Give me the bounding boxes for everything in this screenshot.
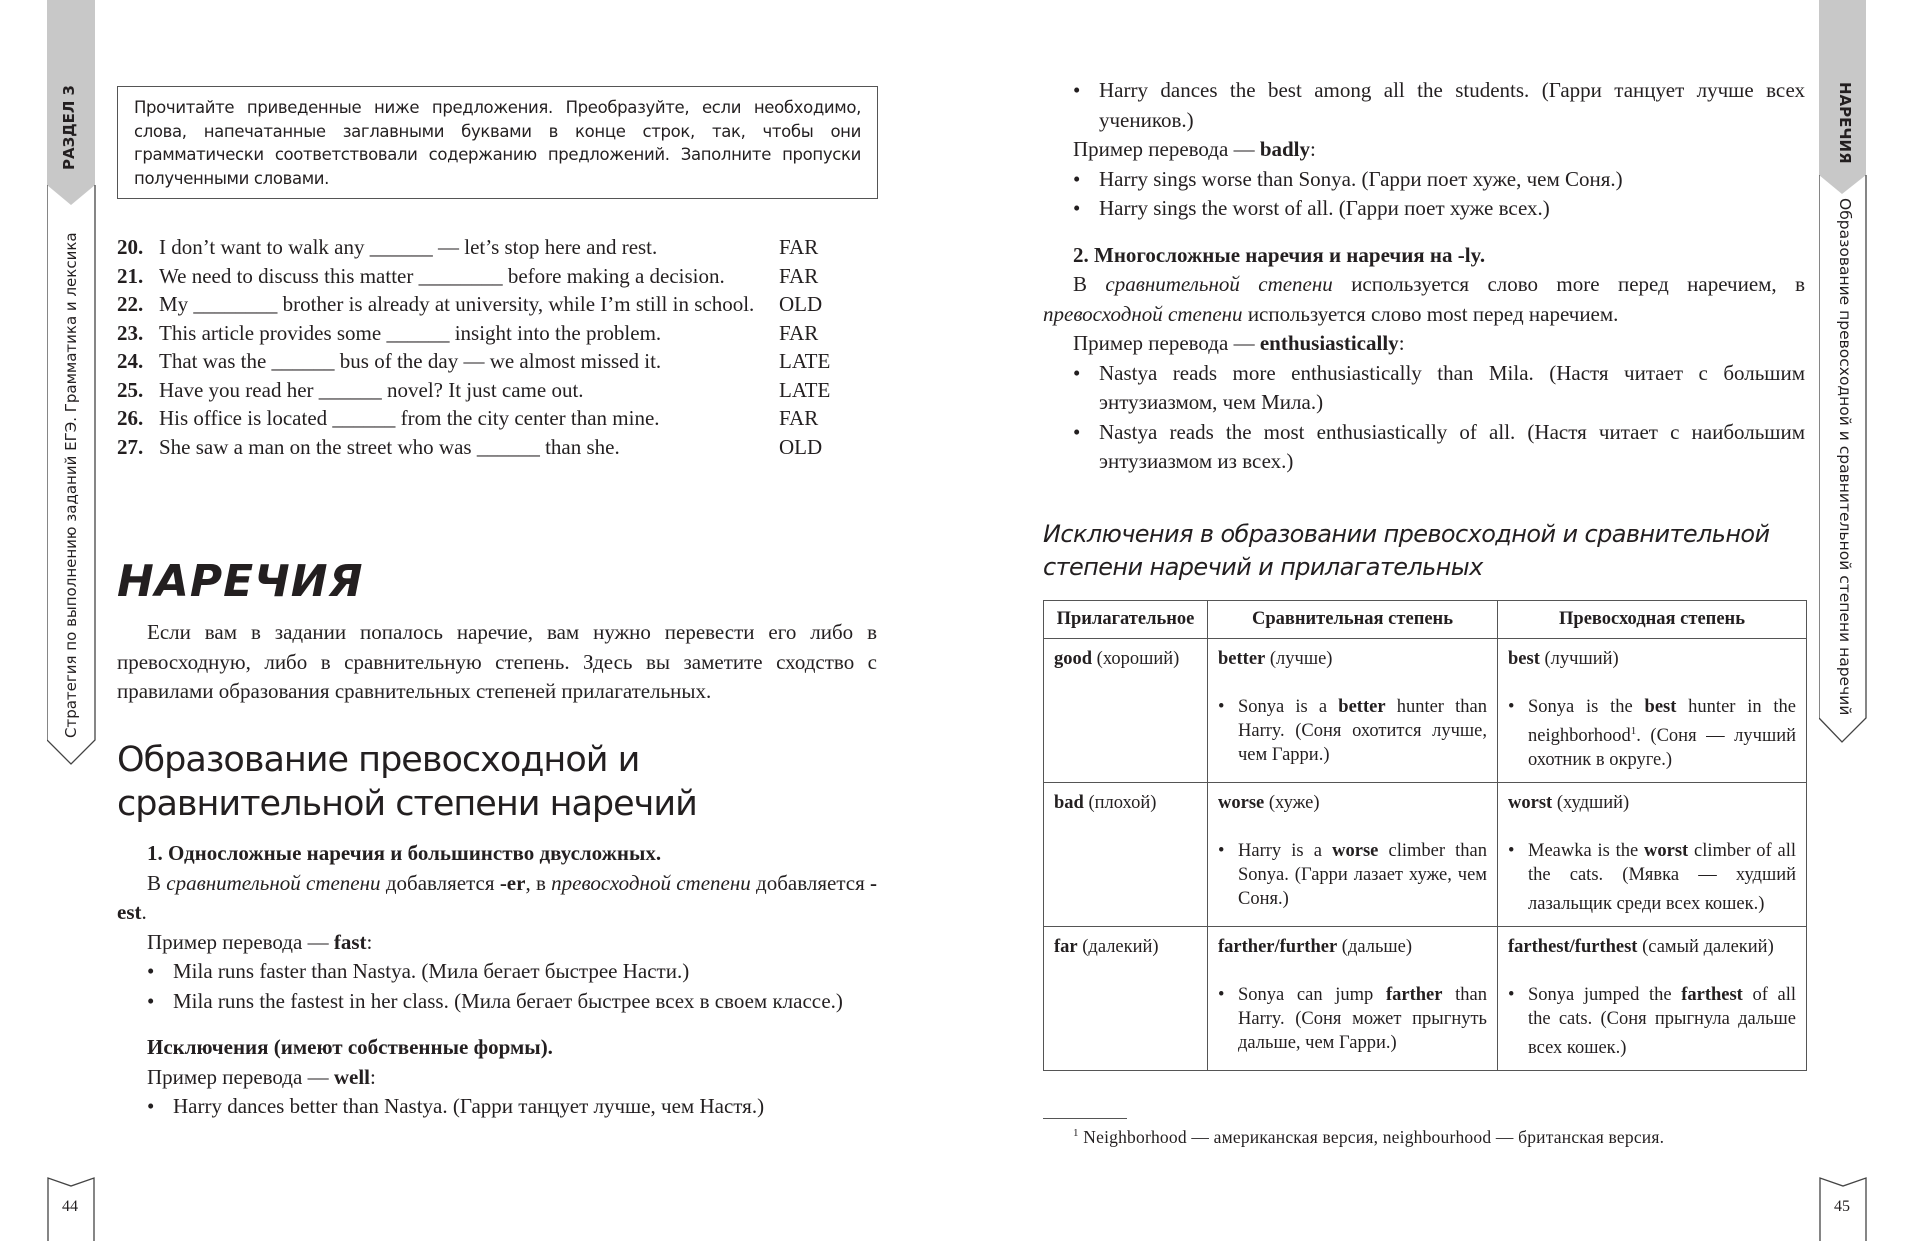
- badly-example-label: Пример перевода — badly:: [1043, 135, 1805, 165]
- right-column-top: •Harry dances the best among all the stu…: [1043, 76, 1805, 477]
- bullet-icon: •: [1073, 359, 1099, 418]
- exercise-number: 27.: [117, 433, 159, 462]
- rule-1-text: В сравнительной степени добавляется -er,…: [117, 869, 877, 928]
- exercise-number: 23.: [117, 319, 159, 348]
- bullet-icon: •: [1073, 165, 1099, 195]
- column-header: Сравнительная степень: [1208, 601, 1498, 639]
- exercise-number: 22.: [117, 290, 159, 319]
- continued-examples: •Harry dances the best among all the stu…: [1043, 76, 1805, 135]
- exercise-number: 21.: [117, 262, 159, 291]
- exceptions-examples: •Harry dances better than Nastya. (Гарри…: [117, 1092, 877, 1122]
- bullet-icon: •: [1073, 194, 1099, 224]
- list-item: •Harry dances the best among all the stu…: [1043, 76, 1805, 135]
- exercise-item: 21. We need to discuss this matter _____…: [117, 262, 877, 291]
- exercise-sentence: Have you read her ______ novel? It just …: [159, 376, 779, 405]
- table-row: good (хороший) better (лучше) •Sonya is …: [1044, 639, 1807, 783]
- bullet-icon: •: [1218, 839, 1238, 911]
- subsection-heading: Образование превосходной и сравнительной…: [117, 738, 877, 826]
- exercise-key-word: FAR: [779, 262, 818, 291]
- exercise-number: 26.: [117, 404, 159, 433]
- exercise-sentence: His office is located ______ from the ci…: [159, 404, 779, 433]
- section-label: РАЗДЕЛ 3: [60, 85, 78, 170]
- bullet-icon: •: [1508, 839, 1528, 916]
- list-item: •Harry dances better than Nastya. (Гарри…: [117, 1092, 877, 1122]
- rule-2-examples: •Nastya reads more enthusiastically than…: [1043, 359, 1805, 477]
- exercise-key-word: FAR: [779, 404, 818, 433]
- exercise-sentence: I don’t want to walk any ______ — let’s …: [159, 233, 779, 262]
- exercise-item: 23. This article provides some ______ in…: [117, 319, 877, 348]
- bullet-icon: •: [1508, 695, 1528, 772]
- bullet-icon: •: [1508, 983, 1528, 1060]
- exercise-sentence: This article provides some ______ insigh…: [159, 319, 779, 348]
- page-number-tab-left: 44: [47, 1176, 97, 1241]
- column-header: Превосходная степень: [1498, 601, 1807, 639]
- bullet-icon: •: [1218, 695, 1238, 767]
- exercise-item: 27. She saw a man on the street who was …: [117, 433, 877, 462]
- exercise-list: 20. I don’t want to walk any ______ — le…: [117, 233, 877, 461]
- exercise-item: 24. That was the ______ bus of the day —…: [117, 347, 877, 376]
- instructions-box: Прочитайте приведенные ниже предложения.…: [117, 86, 878, 199]
- rule-1-example-label: Пример перевода — fast:: [117, 928, 877, 958]
- bullet-icon: •: [1073, 418, 1099, 477]
- rule-1-block: 1. Односложные наречия и большинство дву…: [117, 839, 877, 1122]
- bullet-icon: •: [147, 1092, 173, 1122]
- list-item: •Mila runs faster than Nastya. (Мила бег…: [117, 957, 877, 987]
- rule-1-title: 1. Односложные наречия и большинство дву…: [117, 839, 877, 869]
- rule-1-examples: •Mila runs faster than Nastya. (Мила бег…: [117, 957, 877, 1016]
- exercise-sentence: My ________ brother is already at univer…: [159, 290, 779, 319]
- exceptions-title: Исключения (имеют собственные формы).: [117, 1033, 877, 1063]
- bullet-icon: •: [1073, 76, 1099, 135]
- bullet-icon: •: [147, 957, 173, 987]
- exercise-item: 25. Have you read her ______ novel? It j…: [117, 376, 877, 405]
- intro-paragraph: Если вам в задании попалось наречие, вам…: [117, 618, 877, 707]
- instructions-text: Прочитайте приведенные ниже предложения.…: [134, 98, 861, 188]
- exercise-number: 24.: [117, 347, 159, 376]
- table-row: bad (плохой) worse (хуже) •Harry is a wo…: [1044, 783, 1807, 927]
- superlative-cell: best (лучший) •Sonya is the best hunter …: [1498, 639, 1807, 783]
- adjective-cell: bad (плохой): [1044, 783, 1208, 927]
- chapter-label: Образование превосходной и сравнительной…: [1836, 198, 1854, 715]
- bullet-icon: •: [147, 987, 173, 1017]
- exercise-key-word: OLD: [779, 433, 822, 462]
- rule-2-text: В сравнительной степени используется сло…: [1043, 270, 1805, 329]
- list-item: •Mila runs the fastest in her class. (Ми…: [117, 987, 877, 1017]
- section-label: НАРЕЧИЯ: [1836, 82, 1854, 164]
- table-header-row: Прилагательное Сравнительная степень Пре…: [1044, 601, 1807, 639]
- section-heading: НАРЕЧИЯ: [117, 556, 363, 607]
- page-number-tab-right: 45: [1819, 1176, 1869, 1241]
- badly-examples: •Harry sings worse than Sonya. (Гарри по…: [1043, 165, 1805, 224]
- exercise-key-word: LATE: [779, 347, 830, 376]
- adjective-cell: far (далекий): [1044, 927, 1208, 1071]
- footnote-divider: [1043, 1118, 1127, 1119]
- list-item: •Harry sings the worst of all. (Гарри по…: [1043, 194, 1805, 224]
- rule-2-title: 2. Многосложные наречия и наречия на -ly…: [1043, 241, 1805, 271]
- exceptions-example-label: Пример перевода — well:: [117, 1063, 877, 1093]
- exercise-key-word: LATE: [779, 376, 830, 405]
- comparative-cell: farther/further (дальше) •Sonya can jump…: [1208, 927, 1498, 1071]
- footnote: 1 Neighborhood — американская версия, ne…: [1073, 1127, 1664, 1148]
- comparative-cell: worse (хуже) •Harry is a worse climber t…: [1208, 783, 1498, 927]
- exercise-item: 20. I don’t want to walk any ______ — le…: [117, 233, 877, 262]
- list-item: •Harry sings worse than Sonya. (Гарри по…: [1043, 165, 1805, 195]
- list-item: •Nastya reads more enthusiastically than…: [1043, 359, 1805, 418]
- page-number: 45: [1834, 1198, 1850, 1216]
- left-side-tab: РАЗДЕЛ 3 Стратегия по выполнению заданий…: [47, 0, 97, 770]
- superlative-cell: worst (худший) •Meawka is the worst clim…: [1498, 783, 1807, 927]
- bullet-icon: •: [1218, 983, 1238, 1055]
- exercise-item: 26. His office is located ______ from th…: [117, 404, 877, 433]
- list-item: •Nastya reads the most enthusiastically …: [1043, 418, 1805, 477]
- exercise-sentence: She saw a man on the street who was ____…: [159, 433, 779, 462]
- exercise-item: 22. My ________ brother is already at un…: [117, 290, 877, 319]
- rule-2-example-label: Пример перевода — enthusiastically:: [1043, 329, 1805, 359]
- exercise-sentence: We need to discuss this matter ________ …: [159, 262, 779, 291]
- exercise-key-word: OLD: [779, 290, 822, 319]
- table-row: far (далекий) farther/further (дальше) •…: [1044, 927, 1807, 1071]
- exceptions-heading: Исключения в образовании превосходной и …: [1043, 518, 1813, 584]
- exceptions-table: Прилагательное Сравнительная степень Пре…: [1043, 600, 1807, 1071]
- page-number: 44: [62, 1198, 78, 1216]
- exercise-sentence: That was the ______ bus of the day — we …: [159, 347, 779, 376]
- exercise-number: 25.: [117, 376, 159, 405]
- column-header: Прилагательное: [1044, 601, 1208, 639]
- comparative-cell: better (лучше) •Sonya is a better hunter…: [1208, 639, 1498, 783]
- right-side-tab: НАРЕЧИЯ Образование превосходной и сравн…: [1819, 0, 1869, 750]
- superlative-cell: farthest/furthest (самый далекий) •Sonya…: [1498, 927, 1807, 1071]
- exercise-number: 20.: [117, 233, 159, 262]
- adjective-cell: good (хороший): [1044, 639, 1208, 783]
- exercise-key-word: FAR: [779, 233, 818, 262]
- exercise-key-word: FAR: [779, 319, 818, 348]
- chapter-label: Стратегия по выполнению заданий ЕГЭ. Гра…: [62, 232, 80, 738]
